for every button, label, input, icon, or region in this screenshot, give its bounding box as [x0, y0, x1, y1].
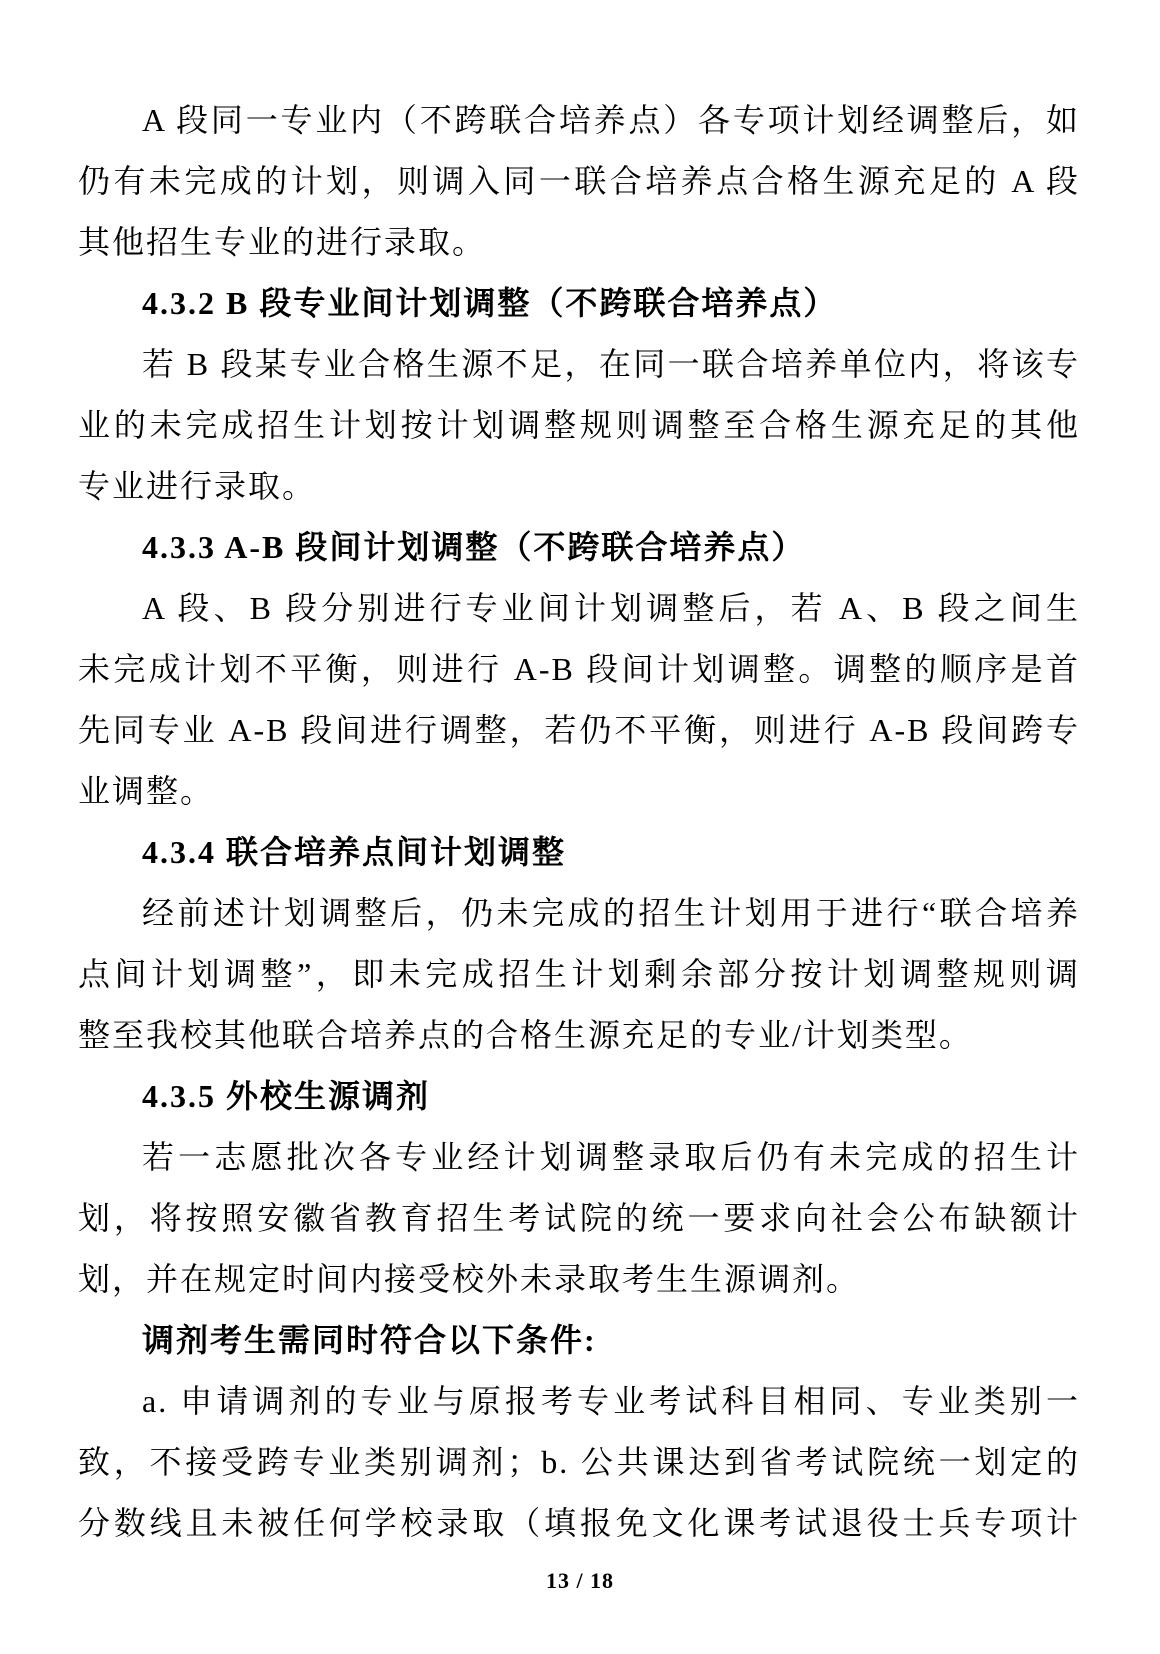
heading-4-3-3: 4.3.3 A-B 段间计划调整（不跨联合培养点）: [78, 517, 1080, 578]
text-line: 分数线且未被任何学校录取（填报免文化课考试退役士兵专项计: [78, 1493, 1080, 1554]
text-line: 调剂考生需同时符合以下条件:: [78, 1310, 1080, 1371]
para-4-3-3: A 段、B 段分别进行专业间计划调整后，若 A、B 段之间生源、未完成计划不平衡…: [78, 578, 1080, 822]
text-line: 4.3.5 外校生源调剂: [78, 1066, 1080, 1127]
para-transfer-conditions: a. 申请调剂的专业与原报考专业考试科目相同、专业类别一致，不接受跨专业类别调剂…: [78, 1371, 1080, 1554]
text-line: 致，不接受跨专业类别调剂；b. 公共课达到省考试院统一划定的: [78, 1432, 1080, 1493]
para-4-3-2: 若 B 段某专业合格生源不足，在同一联合培养单位内，将该专业的未完成招生计划按计…: [78, 334, 1080, 517]
text-line: 4.3.2 B 段专业间计划调整（不跨联合培养点）: [78, 273, 1080, 334]
text-line: 经前述计划调整后，仍未完成的招生计划用于进行“联合培养: [78, 883, 1080, 944]
para-section-a-adjustment: A 段同一专业内（不跨联合培养点）各专项计划经调整后，如仍有未完成的计划，则调入…: [78, 90, 1080, 273]
text-line: 未完成计划不平衡，则进行 A-B 段间计划调整。调整的顺序是首: [78, 639, 1080, 700]
heading-4-3-2: 4.3.2 B 段专业间计划调整（不跨联合培养点）: [78, 273, 1080, 334]
text-line: 划，并在规定时间内接受校外未录取考生生源调剂。: [78, 1249, 1080, 1310]
page-number: 13 / 18: [546, 1568, 614, 1593]
para-4-3-5: 若一志愿批次各专业经计划调整录取后仍有未完成的招生计划，将按照安徽省教育招生考试…: [78, 1127, 1080, 1310]
text-line: 其他招生专业的进行录取。: [78, 212, 1080, 273]
text-line: A 段、B 段分别进行专业间计划调整后，若 A、B 段之间生源、: [78, 578, 1080, 639]
heading-transfer-conditions: 调剂考生需同时符合以下条件:: [78, 1310, 1080, 1371]
text-line: 若一志愿批次各专业经计划调整录取后仍有未完成的招生计: [78, 1127, 1080, 1188]
text-line: 4.3.3 A-B 段间计划调整（不跨联合培养点）: [78, 517, 1080, 578]
text-line: 点间计划调整”，即未完成招生计划剩余部分按计划调整规则调: [78, 944, 1080, 1005]
text-line: 若 B 段某专业合格生源不足，在同一联合培养单位内，将该专: [78, 334, 1080, 395]
text-line: 专业进行录取。: [78, 456, 1080, 517]
text-line: a. 申请调剂的专业与原报考专业考试科目相同、专业类别一: [78, 1371, 1080, 1432]
text-line: 先同专业 A-B 段间进行调整，若仍不平衡，则进行 A-B 段间跨专: [78, 700, 1080, 761]
text-line: 4.3.4 联合培养点间计划调整: [78, 822, 1080, 883]
heading-4-3-5: 4.3.5 外校生源调剂: [78, 1066, 1080, 1127]
heading-4-3-4: 4.3.4 联合培养点间计划调整: [78, 822, 1080, 883]
document-page: A 段同一专业内（不跨联合培养点）各专项计划经调整后，如仍有未完成的计划，则调入…: [0, 0, 1160, 1654]
text-line: 整至我校其他联合培养点的合格生源充足的专业/计划类型。: [78, 1005, 1080, 1066]
text-line: 业调整。: [78, 761, 1080, 822]
text-line: 仍有未完成的计划，则调入同一联合培养点合格生源充足的 A 段: [78, 151, 1080, 212]
para-4-3-4: 经前述计划调整后，仍未完成的招生计划用于进行“联合培养点间计划调整”，即未完成招…: [78, 883, 1080, 1066]
text-line: A 段同一专业内（不跨联合培养点）各专项计划经调整后，如: [78, 90, 1080, 151]
page-footer: 13 / 18: [0, 1568, 1160, 1594]
document-body: A 段同一专业内（不跨联合培养点）各专项计划经调整后，如仍有未完成的计划，则调入…: [78, 90, 1080, 1554]
text-line: 业的未完成招生计划按计划调整规则调整至合格生源充足的其他: [78, 395, 1080, 456]
text-line: 划，将按照安徽省教育招生考试院的统一要求向社会公布缺额计: [78, 1188, 1080, 1249]
